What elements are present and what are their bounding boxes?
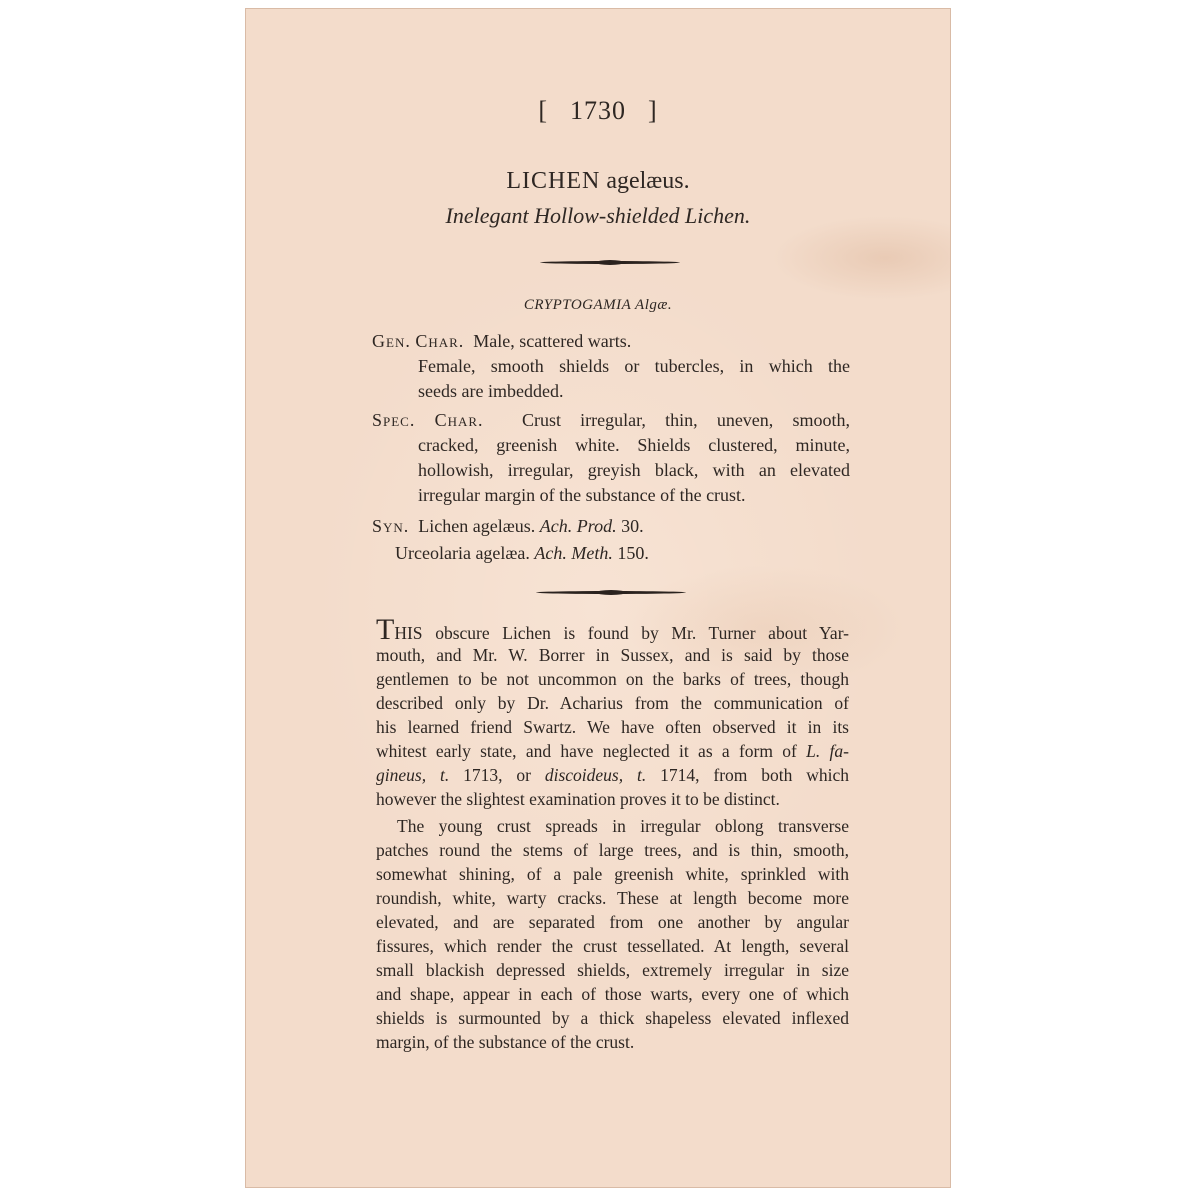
- p1-italic-ref: t.: [637, 765, 646, 785]
- gen-char-text: Male, scattered warts.: [473, 331, 631, 351]
- p2-line-7: small blackish depressed shields, extrem…: [376, 959, 849, 983]
- species-title: LICHEN agelæus.: [245, 168, 951, 195]
- p2-line-9: shields is surmounted by a thick shapele…: [376, 1007, 849, 1031]
- ornamental-rule-top: [540, 261, 680, 264]
- p2-line-10: margin, of the substance of the crust.: [376, 1031, 634, 1055]
- p1-italic-ref: discoideus,: [545, 765, 623, 785]
- p1-text: 1713, or: [463, 765, 531, 785]
- p1-line-6: whitest early state, and have neglected …: [376, 740, 849, 764]
- synonym-2: Urceolaria agelæa. Ach. Meth. 150.: [395, 542, 649, 566]
- char-label: Char.: [415, 331, 464, 351]
- syn-label: Syn.: [372, 516, 409, 536]
- p1-text: whitest early state, and have neglected …: [376, 741, 797, 761]
- spec-char-line-3: hollowish, irregular, greyish black, wit…: [418, 459, 850, 483]
- gen-char-line-1: Gen. Char. Male, scattered warts.: [372, 330, 631, 354]
- ornamental-rule-bottom: [536, 591, 686, 594]
- p1-line-5: his learned friend Swartz. We have often…: [376, 716, 849, 740]
- synonym-1: Syn. Lichen agelæus. Ach. Prod. 30.: [372, 515, 644, 539]
- p2-line-3: somewhat shining, of a pale greenish whi…: [376, 863, 849, 887]
- p1-italic-ref: L. fa-: [806, 741, 849, 761]
- p1-text: obscure Lichen is found by Mr. Turner ab…: [435, 623, 849, 643]
- char-label: Char.: [435, 410, 484, 430]
- spec-char-text: Crust irregular, thin, uneven, smooth,: [522, 410, 850, 430]
- gen-label: Gen.: [372, 331, 411, 351]
- class-name: CRYPTOGAMIA: [524, 297, 631, 313]
- common-name: Inelegant Hollow-shielded Lichen.: [245, 203, 951, 229]
- p1-italic-ref: gineus,: [376, 765, 426, 785]
- synonym-page: 30.: [621, 516, 644, 536]
- species-name: agelæus.: [606, 168, 689, 194]
- spec-char-line-2: cracked, greenish white. Shields cluster…: [418, 434, 850, 458]
- p2-line-5: elevated, and are separated from one ano…: [376, 911, 849, 935]
- p2-line-1: The young crust spreads in irregular obl…: [397, 815, 849, 839]
- first-word: HIS: [394, 623, 422, 643]
- p1-line-1: THIS obscure Lichen is found by Mr. Turn…: [376, 620, 849, 646]
- p2-line-6: fissures, which render the crust tessell…: [376, 935, 849, 959]
- spec-char-line-1: Spec. Char. Crust irregular, thin, uneve…: [372, 409, 850, 433]
- book-page: [1730] LICHEN agelæus. Inelegant Hollow-…: [245, 8, 951, 1188]
- p1-text: 1714, from both which: [660, 765, 849, 785]
- plate-number-value: 1730: [570, 96, 626, 125]
- synonym-name: Lichen agelæus.: [418, 516, 535, 536]
- synonym-reference: Ach. Prod.: [540, 516, 617, 536]
- gen-char-line-3: seeds are imbedded.: [418, 380, 563, 404]
- drop-cap: T: [376, 613, 394, 646]
- synonym-page: 150.: [617, 543, 649, 563]
- bracket-open: [: [538, 96, 548, 125]
- classification: CRYPTOGAMIA Algæ.: [245, 297, 951, 314]
- p1-line-8: however the slightest examination proves…: [376, 788, 780, 812]
- spec-label: Spec.: [372, 410, 415, 430]
- p1-line-2: mouth, and Mr. W. Borrer in Sussex, and …: [376, 644, 849, 668]
- p1-italic-ref: t.: [440, 765, 449, 785]
- p2-line-4: roundish, white, warty cracks. These at …: [376, 887, 849, 911]
- order-name: Algæ.: [635, 297, 672, 313]
- spec-char-line-4: irregular margin of the substance of the…: [418, 484, 746, 508]
- genus-name: LICHEN: [506, 168, 600, 194]
- p1-line-3: gentlemen to be not uncommon on the bark…: [376, 668, 849, 692]
- p1-line-7: gineus, t. 1713, or discoideus, t. 1714,…: [376, 764, 849, 788]
- synonym-name: Urceolaria agelæa.: [395, 543, 530, 563]
- plate-number: [1730]: [245, 96, 951, 126]
- p2-line-8: and shape, appear in each of those warts…: [376, 983, 849, 1007]
- p2-line-2: patches round the stems of large trees, …: [376, 839, 849, 863]
- gen-char-line-2: Female, smooth shields or tubercles, in …: [418, 355, 850, 379]
- synonym-reference: Ach. Meth.: [534, 543, 612, 563]
- p1-line-4: described only by Dr. Acharius from the …: [376, 692, 849, 716]
- bracket-close: ]: [648, 96, 658, 125]
